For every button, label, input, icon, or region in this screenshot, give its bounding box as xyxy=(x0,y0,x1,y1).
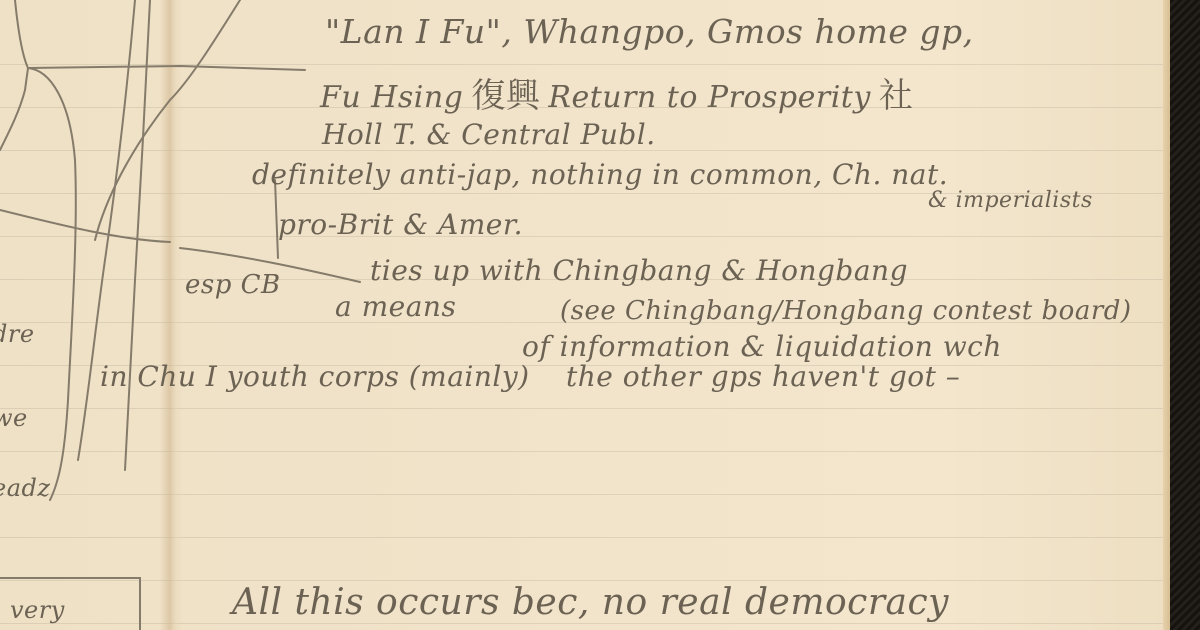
left-page-fragment-3: we xyxy=(0,404,28,432)
note-line-9: (see Chingbang/Hongbang contest board) xyxy=(560,296,1132,326)
note-line-2-fu-hsing: Fu Hsing xyxy=(320,80,463,115)
note-line-2-chinese-fuxing: 復興 xyxy=(471,76,540,116)
sketch-horizontal-top xyxy=(28,66,305,70)
note-line-4: definitely anti-jap, nothing in common, … xyxy=(252,158,948,191)
note-line-2-chinese-she: 社 xyxy=(879,76,914,116)
left-page-fragment-4: eadz xyxy=(0,474,51,502)
note-line-4-annotation: & imperialists xyxy=(928,188,1093,213)
left-page-fragment-1: dre xyxy=(0,320,35,348)
notebook-scan: "Lan I Fu", Whangpo, Gmos home gp, Fu Hs… xyxy=(0,0,1170,630)
left-page-fragment-5: very xyxy=(10,596,65,624)
note-line-5: pro-Brit & Amer. xyxy=(278,208,523,241)
note-line-10: of information & liquidation wch xyxy=(522,330,1002,363)
note-line-6: ties up with Chingbang & Hongbang xyxy=(370,254,908,287)
note-line-11: in Chu I youth corps (mainly) xyxy=(100,360,530,393)
sketch-curve-loop xyxy=(28,68,76,500)
note-line-3: Holl T. & Central Publ. xyxy=(322,118,656,151)
sketch-curve-left xyxy=(0,0,28,150)
note-line-12: the other gps haven't got – xyxy=(566,360,960,393)
note-line-1: "Lan I Fu", Whangpo, Gmos home gp, xyxy=(325,12,974,51)
note-line-2: Fu Hsing復興Return to Prosperity社 xyxy=(320,68,921,117)
sketch-diagonal xyxy=(95,0,240,240)
sketch-lower-line-left xyxy=(0,210,170,242)
page-edge xyxy=(1163,0,1170,630)
note-margin-esp-cb: esp CB xyxy=(185,270,281,300)
note-line-8: a means xyxy=(335,290,456,323)
notebook-binding xyxy=(1170,0,1200,630)
note-line-2-translation: Return to Prosperity xyxy=(548,80,870,115)
note-line-13: All this occurs bec, no real democracy xyxy=(232,582,949,623)
